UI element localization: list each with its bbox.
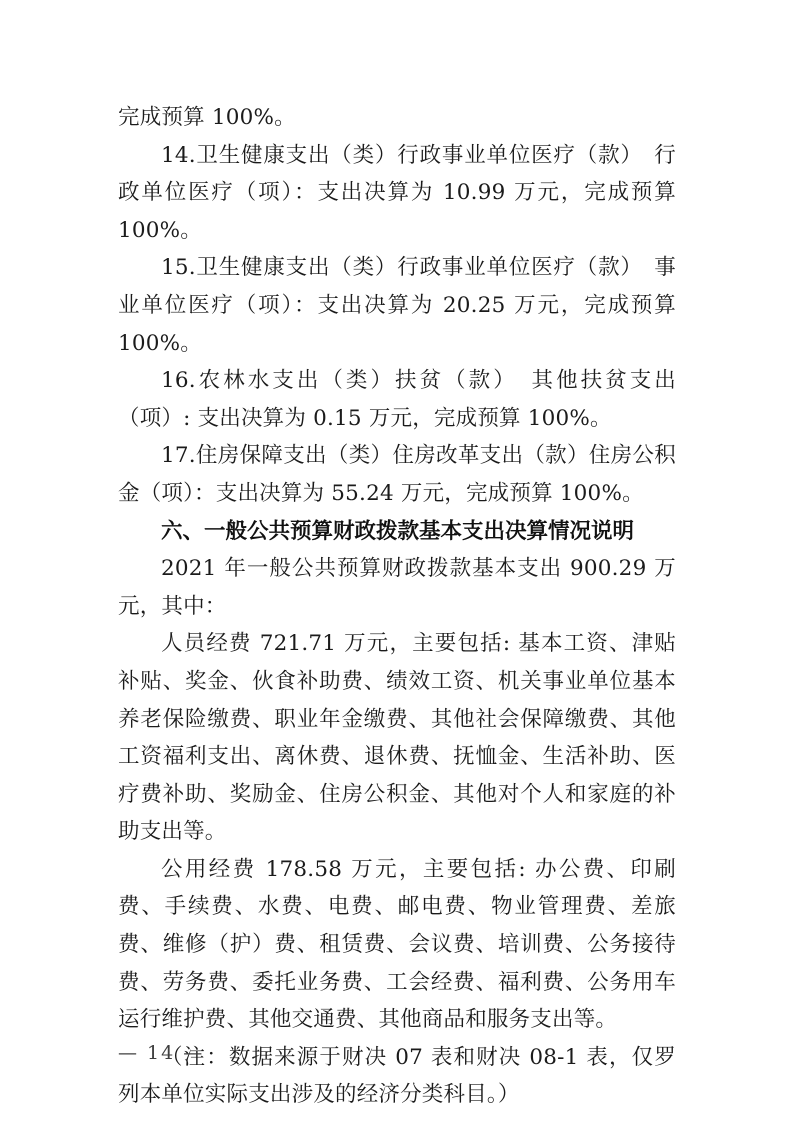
paragraph-item-15-health-institution-medical: 15.卫生健康支出（类）行政事业单位医疗（款） 事业单位医疗（项）：支出决算为 … <box>118 249 676 362</box>
document-page: 完成预算 100%。 14.卫生健康支出（类）行政事业单位医疗（款） 行政单位医… <box>0 0 793 1122</box>
paragraph-public-funds: 公用经费 178.58 万元，主要包括: 办公费、印刷费、手续费、水费、电费、邮… <box>118 851 676 1039</box>
paragraph-budget-completion: 完成预算 100%。 <box>118 99 676 137</box>
paragraph-personnel-funds: 人员经费 721.71 万元，主要包括: 基本工资、津贴补贴、奖金、伙食补助费、… <box>118 625 676 851</box>
paragraph-item-17-housing-provident-fund: 17.住房保障支出（类）住房改革支出（款）住房公积金（项）：支出决算为 55.2… <box>118 437 676 512</box>
page-number: — 14 — <box>118 1040 204 1066</box>
paragraph-item-14-health-admin-medical: 14.卫生健康支出（类）行政事业单位医疗（款） 行政单位医疗（项）：支出决算为 … <box>118 137 676 250</box>
paragraph-basic-expenditure-total: 2021 年一般公共预算财政拨款基本支出 900.29 万元，其中： <box>118 550 676 625</box>
document-body: 完成预算 100%。 14.卫生健康支出（类）行政事业单位医疗（款） 行政单位医… <box>118 99 676 1114</box>
paragraph-item-16-agriculture-poverty-relief: 16.农林水支出（类）扶贫（款） 其他扶贫支出（项）: 支出决算为 0.15 万… <box>118 362 676 437</box>
section-heading-basic-expenditure: 六、一般公共预算财政拨款基本支出决算情况说明 <box>118 513 676 551</box>
